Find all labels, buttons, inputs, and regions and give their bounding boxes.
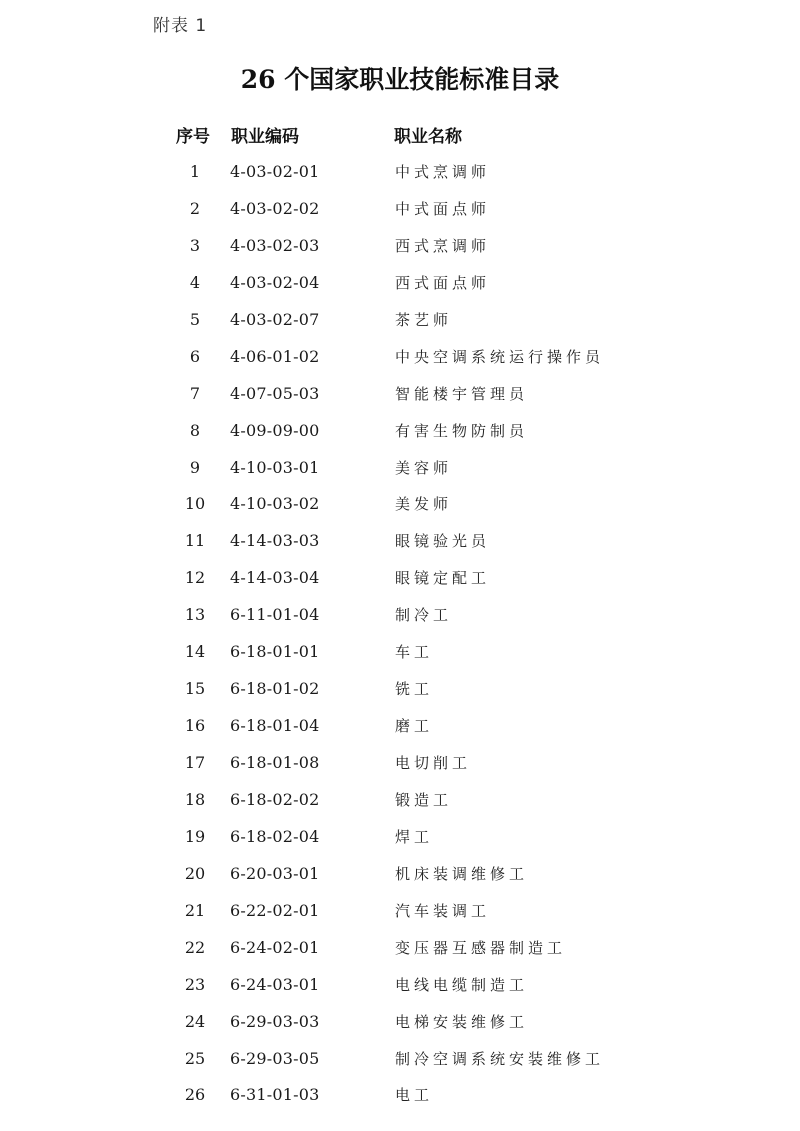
cell-name: 眼镜定配工 <box>395 566 490 590</box>
cell-name: 中式烹调师 <box>395 160 490 184</box>
header-seq: 序号 <box>176 122 210 147</box>
cell-name: 制冷空调系统安装维修工 <box>395 1047 604 1071</box>
table-row: 84-09-09-00有害生物防制员 <box>0 419 800 456</box>
cell-seq: 4 <box>176 271 214 295</box>
cell-name: 中央空调系统运行操作员 <box>395 345 604 369</box>
cell-code: 6-18-02-02 <box>230 788 319 812</box>
cell-seq: 9 <box>176 456 214 480</box>
cell-code: 4-03-02-03 <box>230 234 319 258</box>
cell-seq: 25 <box>176 1047 214 1071</box>
cell-seq: 3 <box>176 234 214 258</box>
cell-code: 6-24-03-01 <box>230 973 319 997</box>
cell-code: 4-03-02-07 <box>230 308 319 332</box>
table-row: 34-03-02-03西式烹调师 <box>0 234 800 271</box>
cell-name: 电线电缆制造工 <box>395 973 528 997</box>
table-row: 74-07-05-03智能楼宇管理员 <box>0 382 800 419</box>
cell-code: 6-24-02-01 <box>230 936 319 960</box>
cell-name: 铣工 <box>395 677 433 701</box>
cell-code: 6-18-01-02 <box>230 677 319 701</box>
cell-seq: 22 <box>176 936 214 960</box>
cell-name: 汽车装调工 <box>395 899 490 923</box>
cell-code: 6-18-01-04 <box>230 714 319 738</box>
cell-code: 6-18-02-04 <box>230 825 319 849</box>
table-header: 序号 职业编码 职业名称 <box>0 122 800 148</box>
table-row: 196-18-02-04焊工 <box>0 825 800 862</box>
cell-seq: 11 <box>176 529 214 553</box>
cell-seq: 18 <box>176 788 214 812</box>
cell-name: 机床装调维修工 <box>395 862 528 886</box>
cell-seq: 5 <box>176 308 214 332</box>
cell-name: 电工 <box>395 1083 433 1107</box>
cell-seq: 17 <box>176 751 214 775</box>
table-row: 216-22-02-01汽车装调工 <box>0 899 800 936</box>
cell-name: 电切削工 <box>395 751 471 775</box>
cell-code: 4-07-05-03 <box>230 382 319 406</box>
table-row: 54-03-02-07茶艺师 <box>0 308 800 345</box>
table-row: 236-24-03-01电线电缆制造工 <box>0 973 800 1010</box>
cell-seq: 8 <box>176 419 214 443</box>
cell-seq: 10 <box>176 492 214 516</box>
cell-code: 4-14-03-04 <box>230 566 319 590</box>
cell-code: 6-29-03-05 <box>230 1047 319 1071</box>
cell-seq: 15 <box>176 677 214 701</box>
cell-code: 4-06-01-02 <box>230 345 319 369</box>
table-row: 186-18-02-02锻造工 <box>0 788 800 825</box>
cell-seq: 1 <box>176 160 214 184</box>
cell-code: 6-18-01-08 <box>230 751 319 775</box>
cell-seq: 24 <box>176 1010 214 1034</box>
table-row: 156-18-01-02铣工 <box>0 677 800 714</box>
table-row: 246-29-03-03电梯安装维修工 <box>0 1010 800 1047</box>
cell-name: 电梯安装维修工 <box>395 1010 528 1034</box>
table-row: 206-20-03-01机床装调维修工 <box>0 862 800 899</box>
cell-name: 中式面点师 <box>395 197 490 221</box>
cell-name: 茶艺师 <box>395 308 452 332</box>
cell-seq: 7 <box>176 382 214 406</box>
cell-code: 4-10-03-02 <box>230 492 319 516</box>
table-row: 124-14-03-04眼镜定配工 <box>0 566 800 603</box>
cell-code: 4-14-03-03 <box>230 529 319 553</box>
cell-seq: 2 <box>176 197 214 221</box>
cell-name: 智能楼宇管理员 <box>395 382 528 406</box>
cell-name: 美容师 <box>395 456 452 480</box>
cell-name: 美发师 <box>395 492 452 516</box>
cell-seq: 16 <box>176 714 214 738</box>
cell-code: 4-03-02-01 <box>230 160 319 184</box>
cell-code: 6-18-01-01 <box>230 640 319 664</box>
table-row: 44-03-02-04西式面点师 <box>0 271 800 308</box>
cell-seq: 21 <box>176 899 214 923</box>
cell-name: 焊工 <box>395 825 433 849</box>
document-title: 26 个国家职业技能标准目录 <box>0 60 800 96</box>
cell-name: 西式面点师 <box>395 271 490 295</box>
table-row: 114-14-03-03眼镜验光员 <box>0 529 800 566</box>
cell-seq: 26 <box>176 1083 214 1107</box>
table-row: 146-18-01-01车工 <box>0 640 800 677</box>
cell-name: 变压器互感器制造工 <box>395 936 566 960</box>
table-row: 136-11-01-04制冷工 <box>0 603 800 640</box>
cell-seq: 14 <box>176 640 214 664</box>
table-row: 14-03-02-01中式烹调师 <box>0 160 800 197</box>
cell-seq: 19 <box>176 825 214 849</box>
table-row: 94-10-03-01美容师 <box>0 456 800 493</box>
cell-seq: 20 <box>176 862 214 886</box>
cell-seq: 13 <box>176 603 214 627</box>
cell-name: 磨工 <box>395 714 433 738</box>
cell-name: 眼镜验光员 <box>395 529 490 553</box>
table-row: 226-24-02-01变压器互感器制造工 <box>0 936 800 973</box>
cell-code: 6-11-01-04 <box>230 603 319 627</box>
header-code: 职业编码 <box>231 122 299 147</box>
table-row: 24-03-02-02中式面点师 <box>0 197 800 234</box>
cell-name: 西式烹调师 <box>395 234 490 258</box>
cell-code: 6-29-03-03 <box>230 1010 319 1034</box>
cell-code: 6-31-01-03 <box>230 1083 319 1107</box>
cell-seq: 12 <box>176 566 214 590</box>
table-row: 256-29-03-05制冷空调系统安装维修工 <box>0 1047 800 1084</box>
table-row: 176-18-01-08电切削工 <box>0 751 800 788</box>
table-row: 64-06-01-02中央空调系统运行操作员 <box>0 345 800 382</box>
appendix-label: 附表 1 <box>153 11 207 36</box>
cell-code: 4-09-09-00 <box>230 419 319 443</box>
cell-name: 车工 <box>395 640 433 664</box>
cell-code: 6-22-02-01 <box>230 899 319 923</box>
cell-seq: 23 <box>176 973 214 997</box>
table-row: 104-10-03-02美发师 <box>0 492 800 529</box>
table-row: 266-31-01-03电工 <box>0 1083 800 1120</box>
cell-code: 4-10-03-01 <box>230 456 319 480</box>
occupation-table: 14-03-02-01中式烹调师 24-03-02-02中式面点师 34-03-… <box>0 160 800 1120</box>
cell-code: 6-20-03-01 <box>230 862 319 886</box>
cell-seq: 6 <box>176 345 214 369</box>
cell-name: 锻造工 <box>395 788 452 812</box>
cell-name: 有害生物防制员 <box>395 419 528 443</box>
cell-name: 制冷工 <box>395 603 452 627</box>
cell-code: 4-03-02-02 <box>230 197 319 221</box>
header-name: 职业名称 <box>394 122 462 147</box>
table-row: 166-18-01-04磨工 <box>0 714 800 751</box>
cell-code: 4-03-02-04 <box>230 271 319 295</box>
